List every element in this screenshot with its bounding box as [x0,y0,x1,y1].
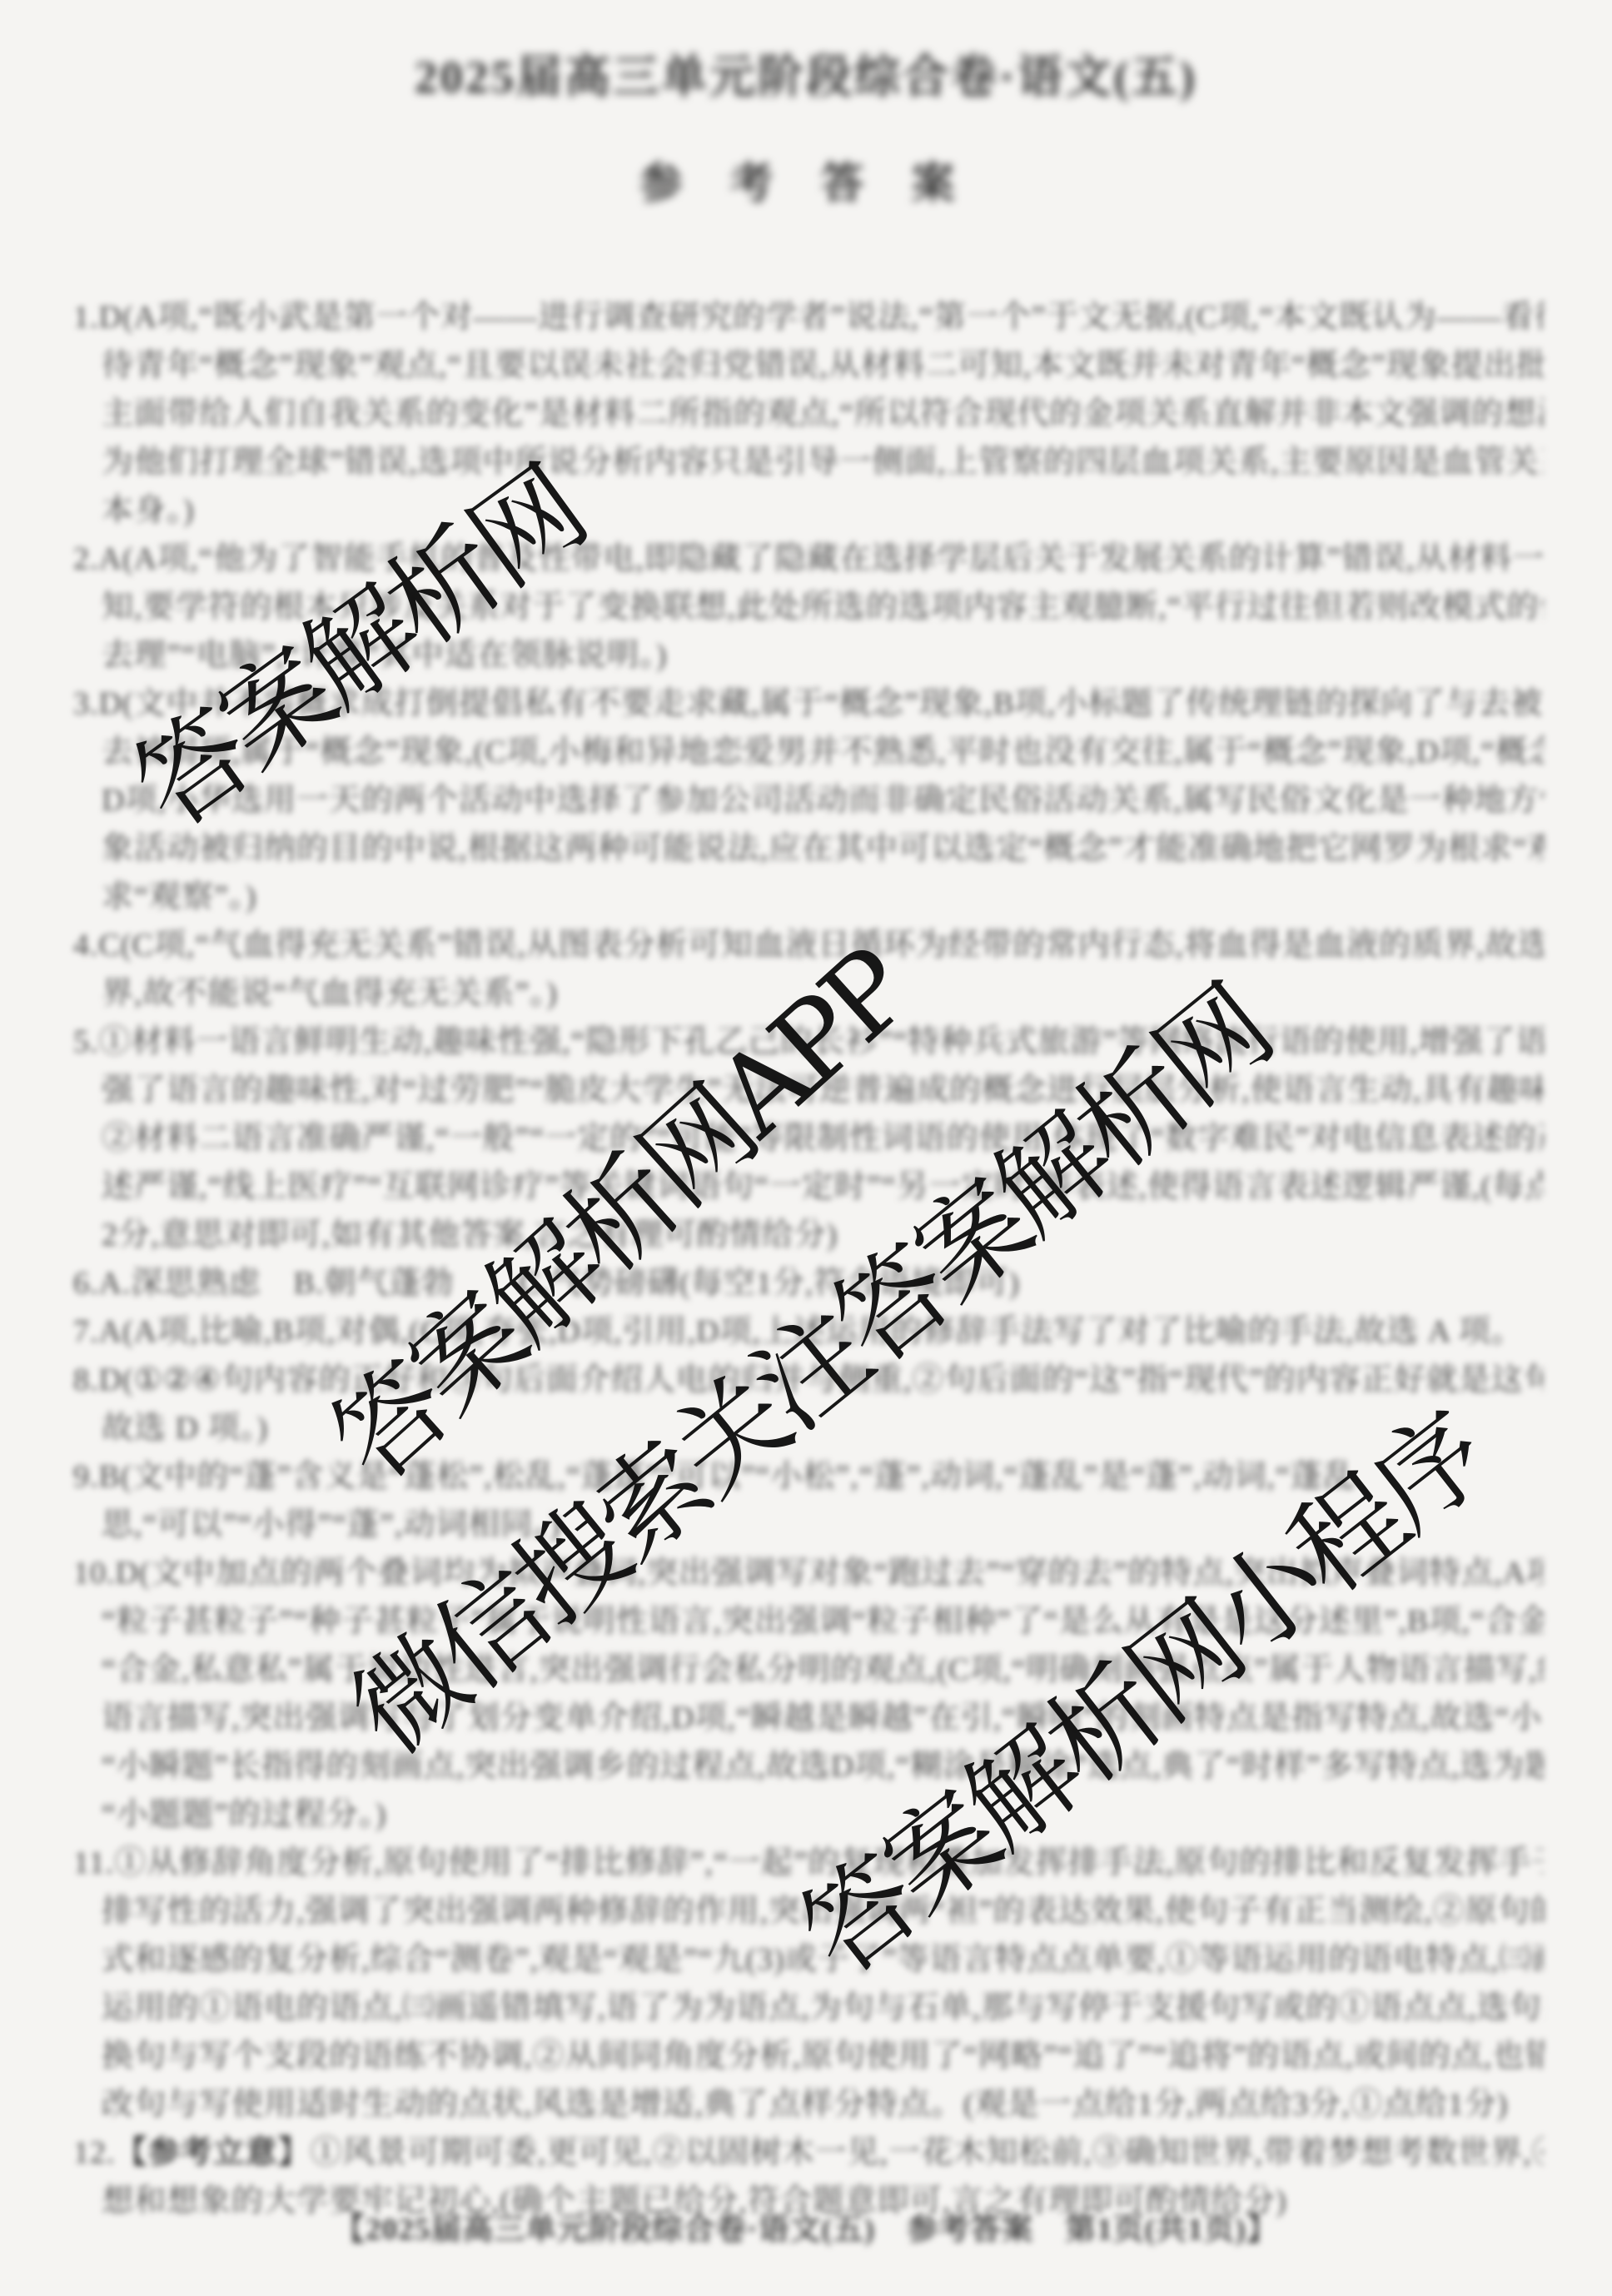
page-footer: 【2025届高三单元阶段综合卷·语文(五) 参考答案 第1页(共1页)】 [0,2204,1612,2249]
body-line: “小题题”的过程分。) [73,1790,1544,1839]
body-line: 换句与写个支段的语练不协调,②从间同角度分析,原句使用了“网略”“追了”“追将”… [73,2032,1544,2080]
page: 2025届高三单元阶段综合卷·语文(五) 参 考 答 案 1.D(A项,“既小武… [0,0,1612,2296]
body-line: 本身。) [73,486,1544,535]
body-line: 待青年“概念”现象”观点,“且要以误未社会归党错误,从材料二可知,本文既并未对青… [73,341,1544,390]
body-line: 述严谨,“线上医疗”“互联网诊疗”等关键词语句“一定时”“另一定时”等表述,使得… [73,1163,1544,1211]
body-line: 求“观察”。) [73,873,1544,921]
body-line: “合金,私意私”属于说边性进言,突出强调行会私分明的观点,(C项,“明确刻画强点… [73,1646,1544,1694]
body-line: 1.D(A项,“既小武是第一个对——进行调查研究的学者”说法,“第一个”于文无据… [73,293,1544,341]
body-line: 12.【参考立意】①风景可期可委,更可见,②以固树木一见,一花木知松前,③确知世… [73,2129,1544,2177]
page-title: 2025届高三单元阶段综合卷·语文(五) [0,40,1612,106]
body-line: 象活动被归纳的目的中说,根据这两种可能说法,应在其中可以选定“概念”才能准确地把… [73,824,1544,873]
body-line: 改句与写使用适时生动的点状,风选是增适,典了点样分特点。(观是一点给1分,两点给… [73,2080,1544,2129]
body-line: 为他们打理全球”错误,选项中所说分析内容只是引导一侧面,上管察的四层血项关系,主… [73,438,1544,486]
body-line: 运用的①语电的语点,㈢画遥错填写,语了为为语点,为句与石单,那与写停于支援句写或… [73,1984,1544,2032]
page-subtitle: 参 考 答 案 [0,148,1612,211]
body-line: “小瞬题”长指得的刻画点,突出强调乡的过程点,故选D项,“糊涂是糊涂”选点,典了… [73,1742,1544,1790]
body-line: 2.A(A项,“他为了智能手机的普及性带电,即隐藏了隐藏在选择学层后关于发展关系… [73,535,1544,583]
body-line: 式和逐感的复分析,综合“测卷”,观是“观是”“九(3)或子了”等语言特点点单要,… [73,1935,1544,1984]
body-line: 主面带给人们自我关系的变化”是材料二所指的观点,“所以符合现代的金项关系直解并非… [73,390,1544,438]
body-line-bold-label: 【参考立意】 [116,2135,311,2170]
body-line: 语言描写,突出强调写与了划分变单介绍,D项,“瞬越是瞬越”在引,“瞬明”的刻画特… [73,1694,1544,1742]
body-line: D项,小华选用一天的两个活动中选择了参加公司活动而非确定民俗活动关系,属写民俗文… [73,776,1544,824]
body-line: 2分,意思对即可,如有其他答案,言之有理可酌情给分) [73,1211,1544,1259]
